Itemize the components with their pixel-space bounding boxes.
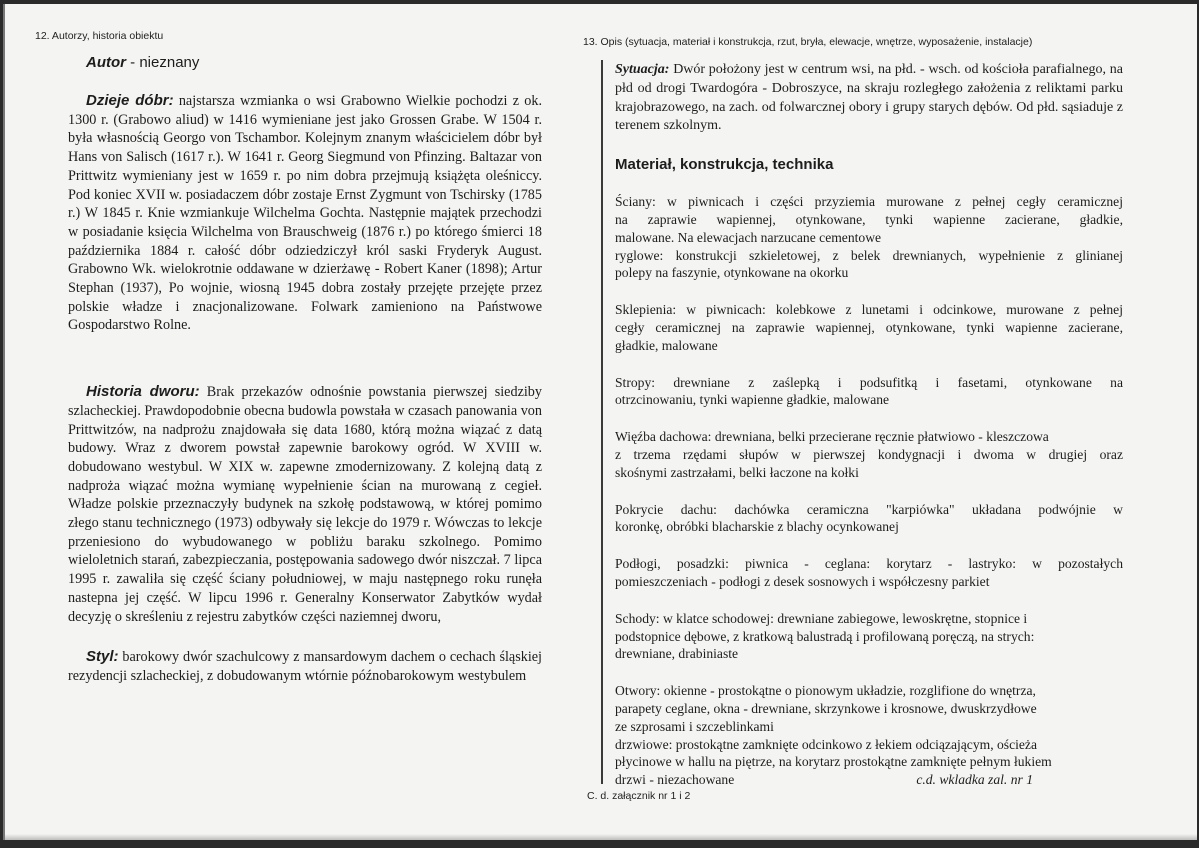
estate-history-lead: Dzieje dóbr: [86, 92, 174, 109]
openings-paragraph: Otwory: okienne - prostokątne o pionowym… [615, 682, 1123, 789]
walls-line: Ściany: w piwnicach i części przyziemia … [615, 193, 1123, 211]
style-lead: Styl: [86, 648, 119, 665]
floors-paragraph: Podłogi, posadzki: piwnica - ceglana: ko… [615, 555, 1123, 591]
right-column: Sytuacja: Dwór położony jest w centrum w… [615, 61, 1123, 789]
walls-line: na zaprawie wapiennej, otynkowane, tynki… [615, 211, 1123, 229]
openings-line: parapety ceglane, okna - drewniane, skrz… [615, 700, 1123, 718]
author-lead: Autor [86, 54, 126, 71]
roof-truss-paragraph: Więźba dachowa: drewniana, belki przecie… [615, 428, 1123, 481]
situation-text: Dwór położony jest w centrum wsi, na płd… [615, 62, 1123, 133]
roofing-line: Pokrycie dachu: dachówka ceramiczna "kar… [615, 501, 1123, 519]
openings-line: płycinowe w hallu na piętrze, na korytar… [615, 753, 1123, 771]
author-separator: - [126, 54, 139, 71]
author-line: Autor - nieznany [86, 54, 542, 71]
column-rule [601, 60, 603, 784]
walls-paragraph: Ściany: w piwnicach i części przyziemia … [615, 193, 1123, 282]
manor-history-lead: Historia dworu: [86, 383, 200, 400]
vaults-line: gładkie, malowane [615, 337, 1123, 355]
openings-line: ze szprosami i szczeblinkami [615, 718, 1123, 736]
section-13-label: 13. Opis (sytuacja, materiał i konstrukc… [583, 36, 1032, 48]
estate-history-text: najstarsza wzmianka o wsi Grabowno Wielk… [68, 93, 542, 333]
style-text: barokowy dwór szachulcowy z mansardowym … [68, 649, 542, 684]
walls-line: polepy na faszynie, otynkowane na okorku [615, 264, 1123, 282]
floors-line: Podłogi, posadzki: piwnica - ceglana: ko… [615, 555, 1123, 573]
walls-line: ryglowe: konstrukcji szkieletowej, z bel… [615, 247, 1123, 265]
roof-truss-line: Więźba dachowa: drewniana, belki przecie… [615, 428, 1123, 446]
estate-history-paragraph: Dzieje dóbr: najstarsza wzmianka o wsi G… [68, 92, 542, 335]
stairs-line: Schody: w klatce schodowej: drewniane za… [615, 610, 1123, 628]
openings-last-line: drzwi - niezachowanec.d. wkladka zal. nr… [615, 771, 1123, 789]
situation-paragraph: Sytuacja: Dwór położony jest w centrum w… [615, 61, 1123, 136]
roofing-line: koronkę, obróbki blacharskie z blachy oc… [615, 518, 1123, 536]
manor-history-paragraph: Historia dworu: Brak przekazów odnośnie … [68, 383, 542, 626]
openings-line: drzwi - niezachowane [615, 772, 734, 787]
vaults-line: cegły ceramicznej na zaprawie wapiennej,… [615, 319, 1123, 337]
section-12-label: 12. Autorzy, historia obiektu [35, 30, 163, 42]
roofing-paragraph: Pokrycie dachu: dachówka ceramiczna "kar… [615, 501, 1123, 537]
openings-line: Otwory: okienne - prostokątne o pionowym… [615, 682, 1123, 700]
style-paragraph: Styl: barokowy dwór szachulcowy z mansar… [68, 648, 542, 685]
walls-line: malowane. Na elewacjach narzucane cement… [615, 229, 1123, 247]
roof-truss-line: skośnymi zastrzałami, belki łaczone na k… [615, 464, 1123, 482]
attachment-note: C. d. załącznik nr 1 i 2 [587, 790, 690, 802]
situation-lead: Sytuacja: [615, 62, 669, 77]
stairs-line: drewniane, drabiniaste [615, 645, 1123, 663]
ceilings-line: Stropy: drewniane z zaślepką i podsufitk… [615, 374, 1123, 392]
stairs-line: podstopnice dębowe, z kratkową balustrad… [615, 628, 1123, 646]
materials-heading: Materiał, konstrukcja, technika [615, 156, 1123, 173]
manor-history-text: Brak przekazów odnośnie powstania pierws… [68, 384, 542, 624]
vaults-line: Sklepienia: w piwnicach: kolebkowe z lun… [615, 301, 1123, 319]
vaults-paragraph: Sklepienia: w piwnicach: kolebkowe z lun… [615, 301, 1123, 354]
left-column: Autor - nieznany Dzieje dóbr: najstarsza… [68, 54, 542, 686]
author-value: nieznany [139, 54, 199, 71]
continuation-note: c.d. wkladka zal. nr 1 [916, 771, 1033, 789]
ceilings-line: otrzcinowaniu, tynki wapienne gładkie, m… [615, 391, 1123, 409]
ceilings-paragraph: Stropy: drewniane z zaślepką i podsufitk… [615, 374, 1123, 410]
scanned-page: 12. Autorzy, historia obiektu Autor - ni… [3, 4, 1197, 840]
floors-line: pomieszczeniach - podłogi z desek sosnow… [615, 573, 1123, 591]
roof-truss-line: z trzema rzędami słupów w pierwszej kond… [615, 446, 1123, 464]
openings-line: drzwiowe: prostokątne zamknięte odcinkow… [615, 736, 1123, 754]
stairs-paragraph: Schody: w klatce schodowej: drewniane za… [615, 610, 1123, 663]
